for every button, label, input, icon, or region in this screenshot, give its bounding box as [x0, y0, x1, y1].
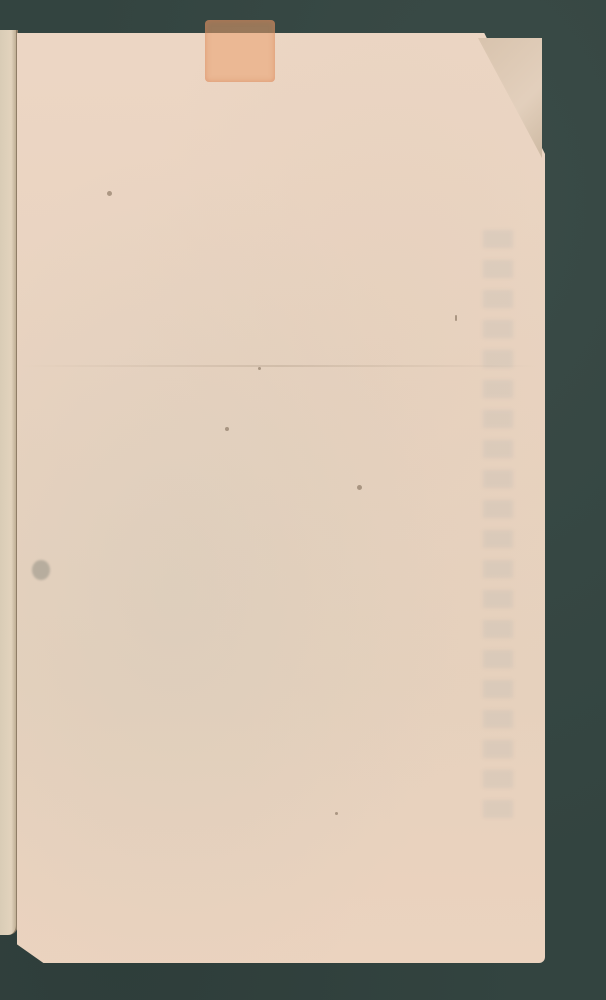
paper-page — [17, 33, 545, 963]
paper-spot — [357, 485, 362, 490]
adjacent-page-edge — [0, 30, 18, 935]
paper-spot — [455, 315, 457, 321]
paper-spot — [225, 427, 229, 431]
paper-spot — [107, 191, 112, 196]
ink-smudge — [32, 560, 50, 580]
paper-spot — [335, 812, 338, 815]
paper-spot — [258, 367, 261, 370]
page-crease — [20, 365, 540, 367]
bleed-through-text — [483, 230, 513, 830]
seal-stamp-icon — [205, 20, 275, 82]
